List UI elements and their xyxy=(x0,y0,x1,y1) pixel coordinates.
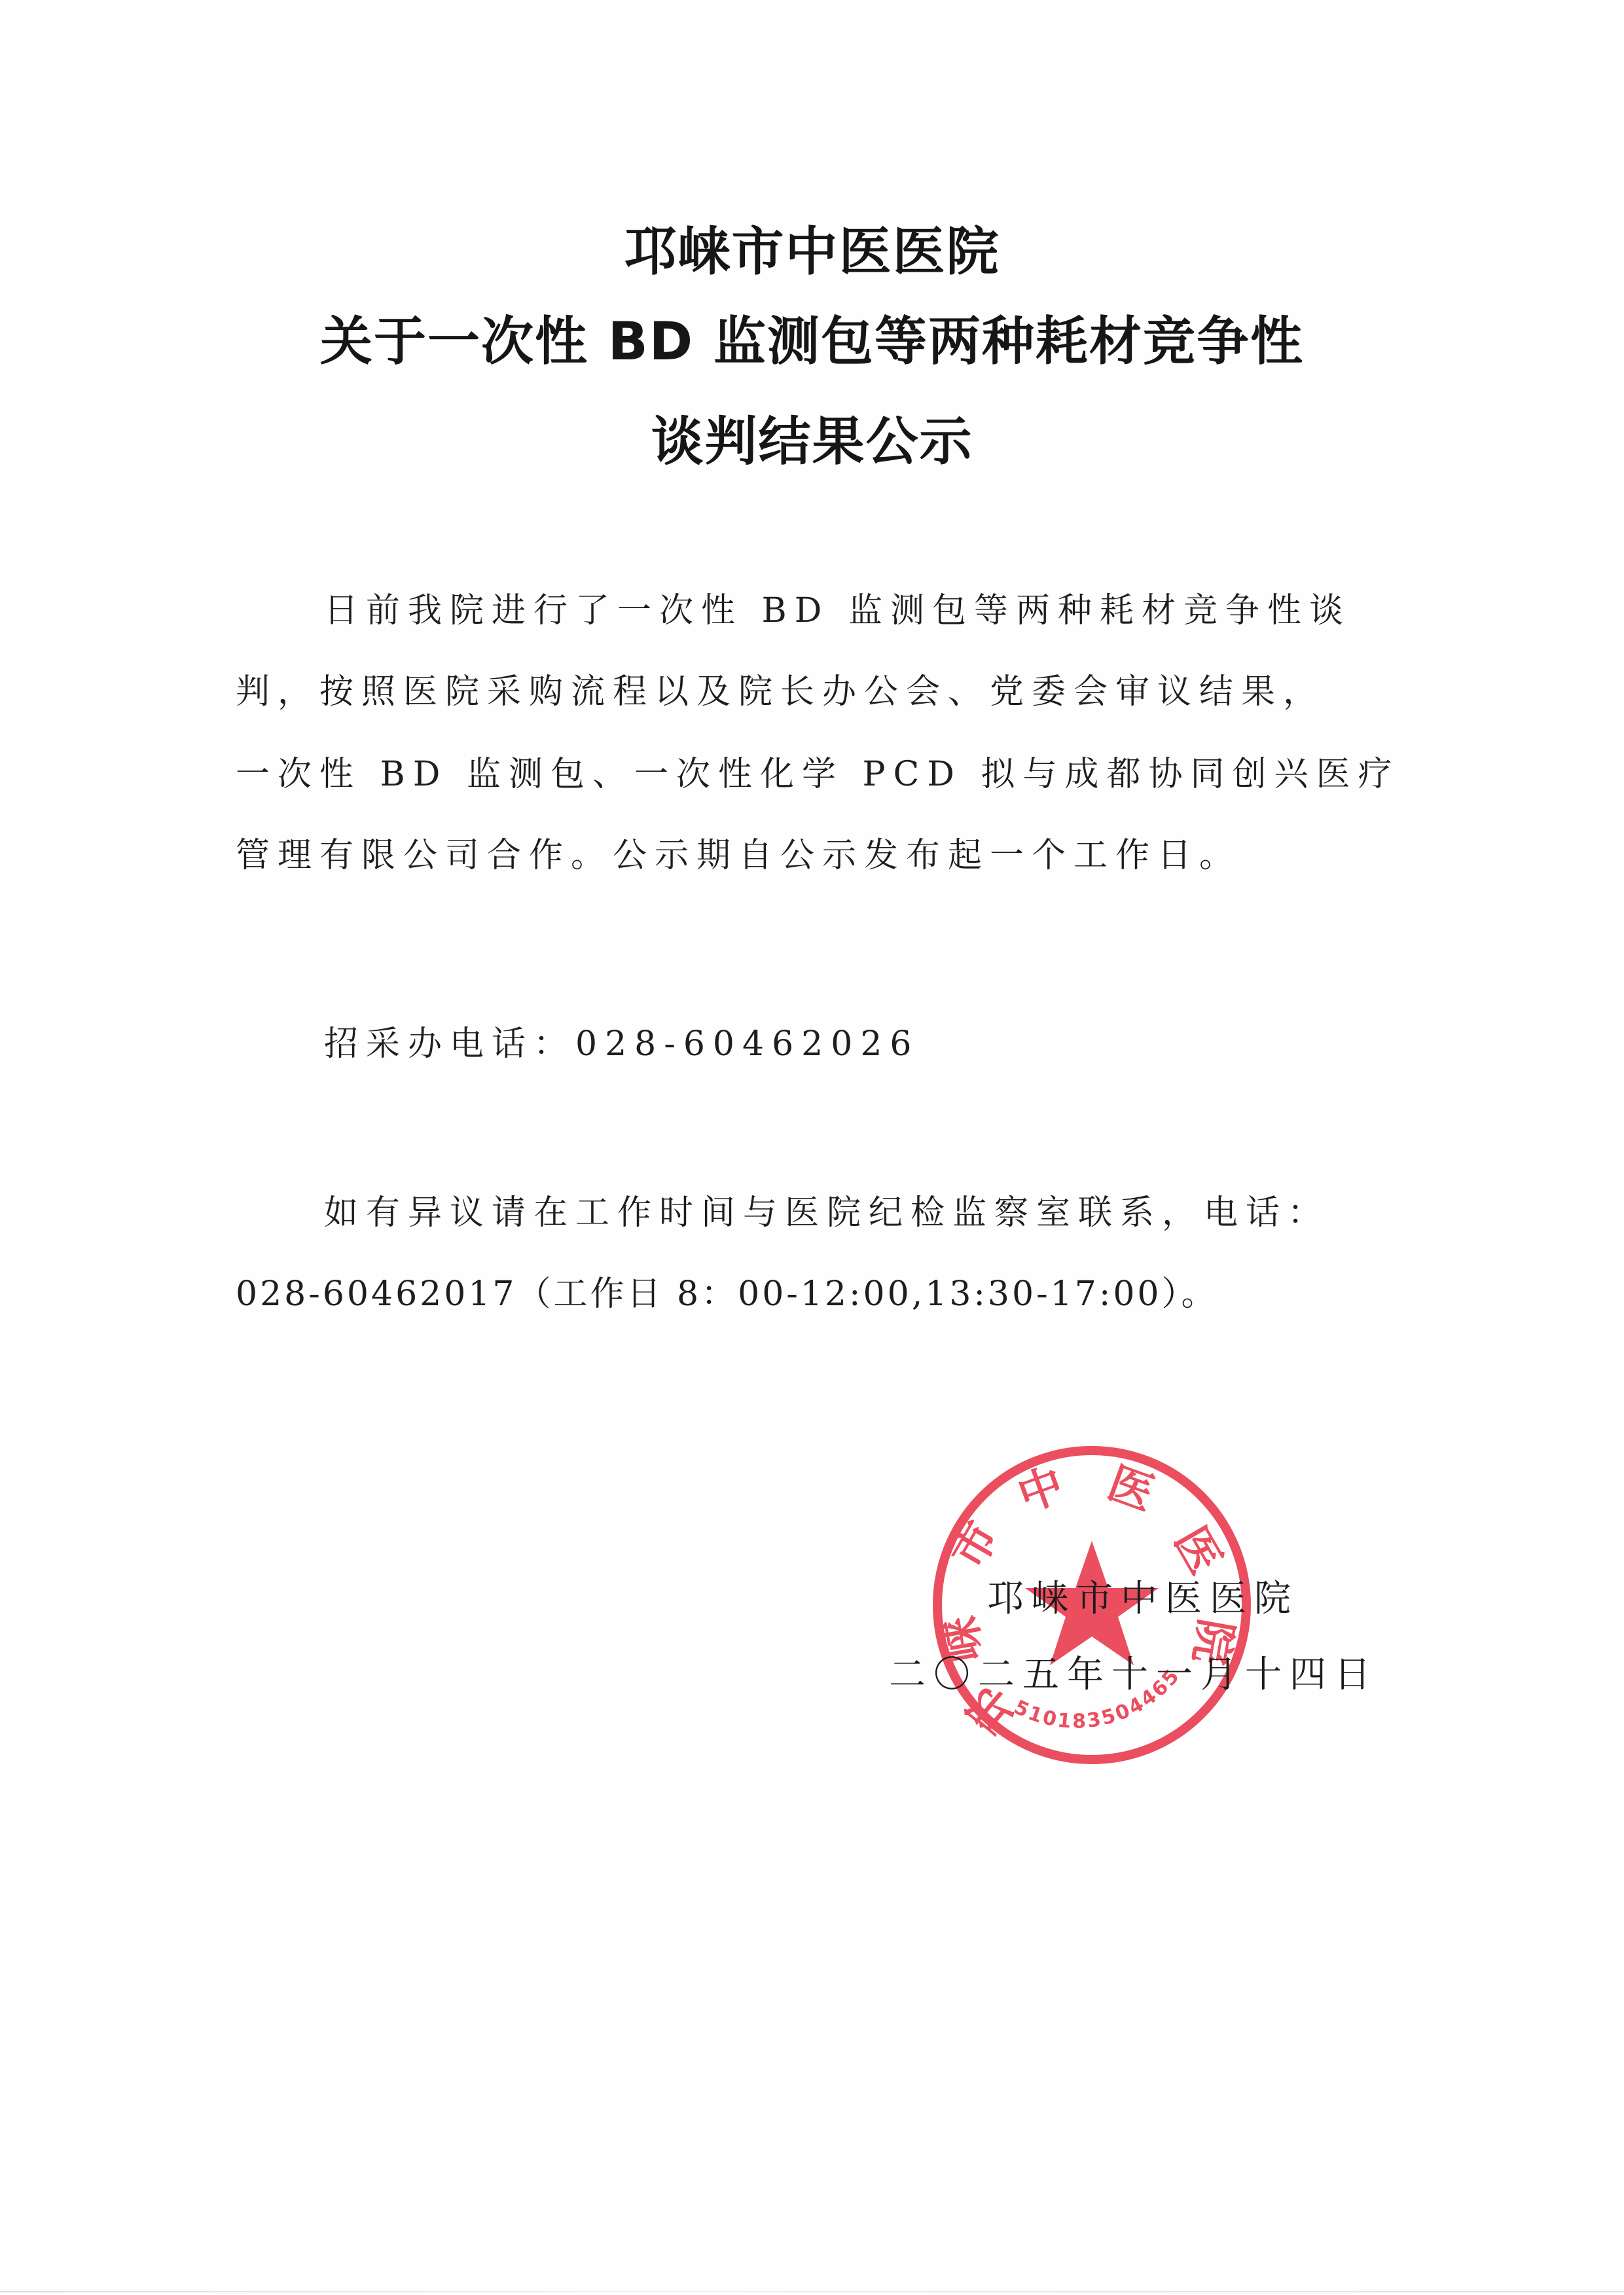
title-notice-type: 谈判结果公示 xyxy=(0,409,1624,475)
objection-notice-line-1: 如有异议请在工作时间与医院纪检监察室联系，电话： xyxy=(324,1190,1463,1236)
document-page: 邛崃市中医医院 关于一次性 BD 监测包等两种耗材竞争性 谈判结果公示 日前我院… xyxy=(0,0,1624,2295)
paragraph-1-line-4: 管理有限公司合作。公示期自公示发布起一个工作日。 xyxy=(236,833,1375,878)
procurement-phone: 招采办电话：028-60462026 xyxy=(324,1021,1463,1067)
title-hospital-name: 邛崃市中医医院 xyxy=(0,219,1624,285)
paragraph-1-line-2: 判，按照医院采购流程以及院长办公会、党委会审议结果， xyxy=(236,669,1375,715)
seal-char: 市 xyxy=(942,1513,1009,1578)
signature-organization: 邛崃市中医医院 xyxy=(987,1574,1299,1624)
scan-edge-divider xyxy=(0,2291,1624,2292)
paragraph-1-line-3: 一次性 BD 监测包、一次性化学 PCD 拟与成都协同创兴医疗 xyxy=(236,751,1375,797)
title-subject: 关于一次性 BD 监测包等两种耗材竞争性 xyxy=(0,309,1624,374)
paragraph-1-line-1: 日前我院进行了一次性 BD 监测包等两种耗材竞争性谈 xyxy=(324,588,1463,634)
objection-notice-line-2: 028-60462017（工作日 8：00-12:00,13:30-17:00）… xyxy=(236,1271,1375,1317)
signature-date: 二〇二五年十一月十四日 xyxy=(889,1650,1379,1700)
